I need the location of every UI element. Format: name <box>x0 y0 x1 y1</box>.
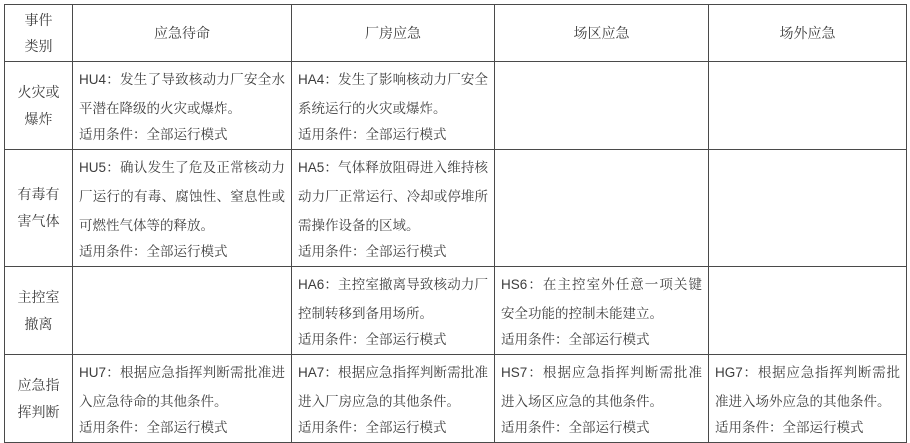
category-line: 害气体 <box>7 208 70 235</box>
cell-condition: 适用条件：全部运行模式 <box>79 240 285 263</box>
table-cell-empty <box>709 267 907 355</box>
table-row-control-room-evacuation: 主控室 撤离 HA6：主控室撤离导致核动力厂控制转移到备用场所。 适用条件：全部… <box>5 267 907 355</box>
table-cell: HG7：根据应急指挥判断需批准进入场外应急的其他条件。 适用条件：全部运行模式 <box>709 355 907 443</box>
cell-description: HA4：发生了影响核动力厂安全系统运行的火灾或爆炸。 <box>298 65 488 123</box>
cell-condition: 适用条件：全部运行模式 <box>298 328 488 351</box>
cell-description: HS6：在主控室外任意一项关键安全功能的控制未能建立。 <box>501 270 702 328</box>
cell-condition: 适用条件：全部运行模式 <box>298 416 488 439</box>
column-header-offsite-emergency: 场外应急 <box>709 5 907 62</box>
row-category: 应急指 挥判断 <box>5 355 73 443</box>
table-cell: HA5：气体释放阻碍进入维持核动力厂正常运行、冷却或停堆所需操作设备的区域。 适… <box>292 150 495 267</box>
header-line: 场外应急 <box>711 20 904 46</box>
table-cell-empty <box>495 150 709 267</box>
category-line: 火灾或 <box>7 79 70 106</box>
cell-condition: 适用条件：全部运行模式 <box>79 416 285 439</box>
cell-condition: 适用条件：全部运行模式 <box>298 123 488 146</box>
cell-description: HU5：确认发生了危及正常核动力厂运行的有毒、腐蚀性、窒息性或可燃性气体等的释放… <box>79 153 285 240</box>
table-row-fire-explosion: 火灾或 爆炸 HU4：发生了导致核动力厂安全水平潜在降级的火灾或爆炸。 适用条件… <box>5 62 907 150</box>
category-line: 应急指 <box>7 372 70 399</box>
header-line: 类别 <box>7 33 70 59</box>
category-line: 挥判断 <box>7 399 70 426</box>
table-cell: HU7：根据应急指挥判断需批准进入应急待命的其他条件。 适用条件：全部运行模式 <box>73 355 292 443</box>
row-category: 火灾或 爆炸 <box>5 62 73 150</box>
category-line: 有毒有 <box>7 181 70 208</box>
cell-description: HA5：气体释放阻碍进入维持核动力厂正常运行、冷却或停堆所需操作设备的区域。 <box>298 153 488 240</box>
header-line: 应急待命 <box>75 20 289 46</box>
cell-description: HS7：根据应急指挥判断需批准进入场区应急的其他条件。 <box>501 358 702 416</box>
category-line: 爆炸 <box>7 106 70 133</box>
category-line: 主控室 <box>7 284 70 311</box>
header-line: 厂房应急 <box>294 20 492 46</box>
row-category: 主控室 撤离 <box>5 267 73 355</box>
cell-description: HA6：主控室撤离导致核动力厂控制转移到备用场所。 <box>298 270 488 328</box>
row-category: 有毒有 害气体 <box>5 150 73 267</box>
cell-condition: 适用条件：全部运行模式 <box>79 123 285 146</box>
header-line: 场区应急 <box>497 20 706 46</box>
table-cell: HS6：在主控室外任意一项关键安全功能的控制未能建立。 适用条件：全部运行模式 <box>495 267 709 355</box>
table-cell: HA4：发生了影响核动力厂安全系统运行的火灾或爆炸。 适用条件：全部运行模式 <box>292 62 495 150</box>
header-line: 事件 <box>7 7 70 33</box>
column-header-event-category: 事件 类别 <box>5 5 73 62</box>
column-header-emergency-standby: 应急待命 <box>73 5 292 62</box>
table-cell-empty <box>495 62 709 150</box>
table-cell-empty <box>709 62 907 150</box>
cell-description: HU7：根据应急指挥判断需批准进入应急待命的其他条件。 <box>79 358 285 416</box>
column-header-site-area-emergency: 场区应急 <box>495 5 709 62</box>
table-cell: HA7：根据应急指挥判断需批准进入厂房应急的其他条件。 适用条件：全部运行模式 <box>292 355 495 443</box>
category-line: 撤离 <box>7 311 70 338</box>
cell-description: HG7：根据应急指挥判断需批准进入场外应急的其他条件。 <box>715 358 900 416</box>
emergency-classification-table: 事件 类别 应急待命 厂房应急 场区应急 场外应急 火灾或 爆炸 HU4：发生了… <box>4 4 907 443</box>
cell-condition: 适用条件：全部运行模式 <box>715 416 900 439</box>
table-cell-empty <box>709 150 907 267</box>
header-row: 事件 类别 应急待命 厂房应急 场区应急 场外应急 <box>5 5 907 62</box>
table-cell: HU5：确认发生了危及正常核动力厂运行的有毒、腐蚀性、窒息性或可燃性气体等的释放… <box>73 150 292 267</box>
cell-condition: 适用条件：全部运行模式 <box>298 240 488 263</box>
table-cell: HU4：发生了导致核动力厂安全水平潜在降级的火灾或爆炸。 适用条件：全部运行模式 <box>73 62 292 150</box>
table-cell-empty <box>73 267 292 355</box>
table-row-toxic-gas: 有毒有 害气体 HU5：确认发生了危及正常核动力厂运行的有毒、腐蚀性、窒息性或可… <box>5 150 907 267</box>
cell-description: HA7：根据应急指挥判断需批准进入厂房应急的其他条件。 <box>298 358 488 416</box>
cell-description: HU4：发生了导致核动力厂安全水平潜在降级的火灾或爆炸。 <box>79 65 285 123</box>
cell-condition: 适用条件：全部运行模式 <box>501 416 702 439</box>
cell-condition: 适用条件：全部运行模式 <box>501 328 702 351</box>
table-cell: HA6：主控室撤离导致核动力厂控制转移到备用场所。 适用条件：全部运行模式 <box>292 267 495 355</box>
column-header-building-emergency: 厂房应急 <box>292 5 495 62</box>
table-cell: HS7：根据应急指挥判断需批准进入场区应急的其他条件。 适用条件：全部运行模式 <box>495 355 709 443</box>
table-row-commander-judgment: 应急指 挥判断 HU7：根据应急指挥判断需批准进入应急待命的其他条件。 适用条件… <box>5 355 907 443</box>
